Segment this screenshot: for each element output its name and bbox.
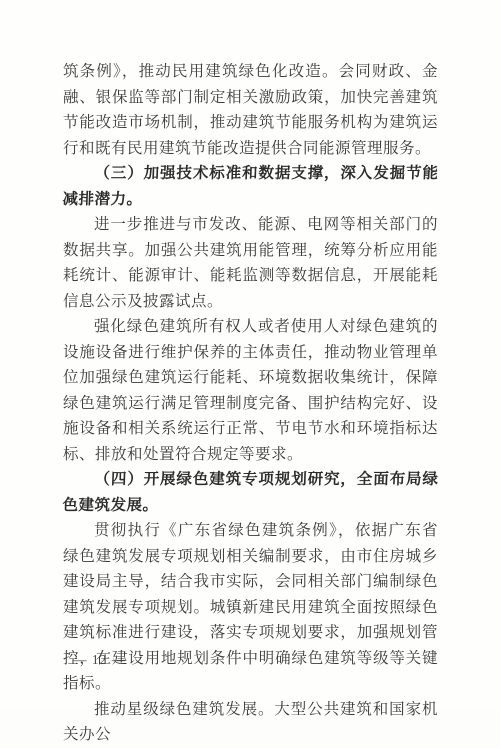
paragraph-1: 筑条例》，推动民用建筑绿色化改造。会同财政、金融、银保监等部门制定相关激励政策，… xyxy=(63,59,438,161)
page-number: — 12 — xyxy=(73,652,126,668)
document-page: 筑条例》，推动民用建筑绿色化改造。会同财政、金融、银保监等部门制定相关激励政策，… xyxy=(0,0,500,707)
paragraph-4: 强化绿色建筑所有权人或者使用人对绿色建筑的设施设备进行维护保养的主体责任，推动物… xyxy=(63,314,438,467)
paragraph-5-heading: （四）开展绿色建筑专项规划研究，全面布局绿色建筑发展。 xyxy=(62,467,439,518)
paragraph-3: 进一步推进与市发改、能源、电网等相关部门的数据共享。加强公共建筑用能管理，统筹分… xyxy=(63,212,438,314)
paragraph-7: 推动星级绿色建筑发展。大型公共建筑和国家机关办公 xyxy=(63,697,438,708)
paragraph-2-heading: （三）加强技术标准和数据支撑，深入发掘节能减排潜力。 xyxy=(62,161,439,212)
document-text-block: 筑条例》，推动民用建筑绿色化改造。会同财政、金融、银保监等部门制定相关激励政策，… xyxy=(63,59,438,707)
paragraph-6: 贯彻执行《广东省绿色建筑条例》，依据广东省绿色建筑发展专项规划相关编制要求，由市… xyxy=(63,518,438,697)
